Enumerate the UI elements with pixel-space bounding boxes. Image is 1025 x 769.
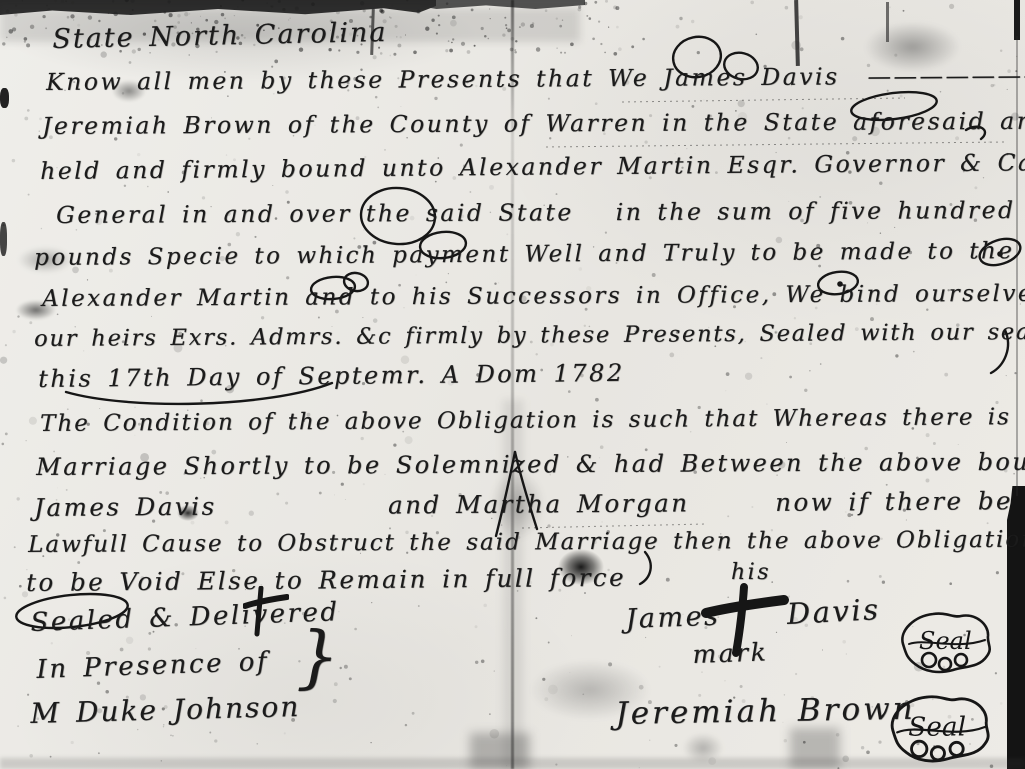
- crease-top-c: [886, 2, 889, 42]
- his-mark-label-top: his: [731, 560, 771, 585]
- witness-brace: }: [296, 618, 339, 697]
- document-line-10: Marriage Shortly to be Solemnized & had …: [36, 448, 1025, 481]
- document-line-12: Lawfull Cause to Obstruct the said Marri…: [28, 527, 1025, 558]
- signature-jeremiah-brown: Jeremiah Brown: [615, 691, 916, 732]
- document-line-2: Jeremiah Brown of the County of Warren i…: [42, 107, 1025, 140]
- smudge-bottom-fold: [470, 733, 530, 769]
- document-page: State North Carolina Know all men by the…: [0, 0, 1025, 769]
- sealed-delivered-line: Sealed & Delivered: [30, 597, 340, 638]
- flourish-after-force: [640, 552, 651, 584]
- crease-top-b: [794, 0, 800, 66]
- document-line-9: The Condition of the above Obligation is…: [40, 404, 1025, 437]
- seal-james-davis: Seal: [895, 608, 995, 676]
- ruled-line-1: [622, 98, 905, 102]
- document-line-4: General in and over the said State in th…: [56, 196, 1025, 229]
- scan-edge-right-top: [1014, 0, 1020, 40]
- signature-james-last: Davis: [786, 592, 881, 631]
- document-line-11: James Davis and Martha Morgan now if the…: [34, 486, 1025, 522]
- signature-james-first: James: [625, 601, 721, 635]
- scan-edge-top-band-2: [420, 0, 585, 9]
- scan-edge-left-nub-2: [0, 222, 7, 256]
- document-line-13: to be Void Else to Remain in full force: [26, 563, 626, 597]
- scan-edge-bottom: [0, 758, 1025, 769]
- seal-label-james: Seal: [919, 627, 972, 655]
- document-line-7: our heirs Exrs. Admrs. &c firmly by thes…: [34, 319, 1025, 352]
- document-heading: State North Carolina: [52, 17, 388, 55]
- witness-signature: M Duke Johnson: [30, 690, 301, 730]
- seal-label-jeremiah: Seal: [908, 712, 966, 743]
- document-line-1: Know all men by these Presents that We J…: [46, 60, 1025, 96]
- document-line-6: Alexander Martin and to his Successors i…: [42, 281, 1025, 312]
- ruled-line-3: [522, 524, 706, 528]
- his-mark-label-bottom: mark: [692, 637, 769, 669]
- document-line-8: this 17th Day of Septemr. A Dom 1782: [38, 359, 625, 393]
- scan-edge-left-nub-1: [0, 88, 9, 108]
- scan-edge-top-band: [0, 0, 436, 15]
- document-line-3: held and firmly bound unto Alexander Mar…: [40, 148, 1025, 185]
- stain-bottom-middle: [683, 733, 723, 763]
- document-line-5: pounds Specie to which payment Well and …: [34, 238, 1025, 271]
- ruled-line-2: [546, 142, 1004, 147]
- in-presence-line: In Presence of: [36, 647, 269, 685]
- smudge-bottom-right: [790, 728, 840, 769]
